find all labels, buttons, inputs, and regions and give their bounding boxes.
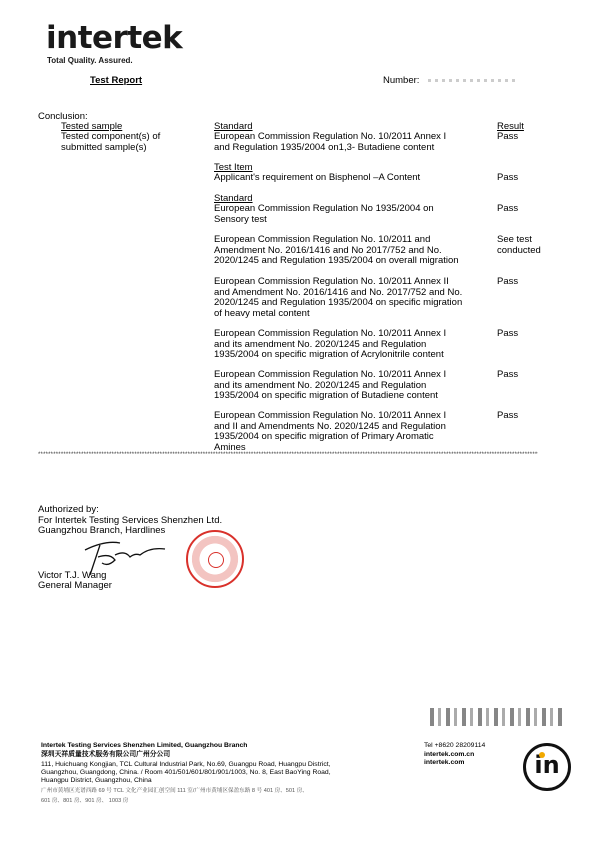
row1-text: Applicant's requirement on Bisphenol –A …	[214, 173, 464, 184]
footer-address-cn2: 601 房、801 房、901 房、 1003 房	[41, 797, 128, 805]
footer-tel: Tel +8620 28209114	[424, 742, 485, 751]
badge-text: in	[526, 750, 568, 780]
redacted-code-block	[430, 708, 565, 726]
row4-text: European Commission Regulation No. 10/20…	[214, 277, 464, 319]
document-title: Test Report	[90, 75, 142, 86]
row3-text: European Commission Regulation No. 10/20…	[214, 235, 469, 267]
row1-result: Pass	[497, 173, 518, 184]
separator-line: ****************************************…	[38, 451, 538, 459]
signer-title: General Manager	[38, 581, 112, 592]
row7-text: European Commission Regulation No. 10/20…	[214, 411, 459, 453]
authorized-by-label: Authorized by:	[38, 505, 99, 516]
report-number-redacted	[428, 79, 518, 82]
row5-text: European Commission Regulation No. 10/20…	[214, 329, 459, 361]
row5-result: Pass	[497, 329, 518, 340]
intertek-in-badge-icon: in	[523, 743, 571, 791]
report-number-label: Number:	[383, 75, 419, 86]
row0-result: Pass	[497, 132, 518, 143]
footer-company-cn: 深圳天祥质量技术服务有限公司广州分公司	[41, 751, 170, 760]
footer-address-cn1: 广州市黄埔区光谱西路 69 号 TCL 文化产业园汇创空间 111 室/广州市黄…	[41, 787, 308, 795]
logo-tagline: Total Quality. Assured.	[47, 56, 133, 65]
row7-result: Pass	[497, 411, 518, 422]
row6-text: European Commission Regulation No. 10/20…	[214, 370, 459, 402]
row4-result: Pass	[497, 277, 518, 288]
badge-dot-icon	[539, 752, 545, 758]
intertek-logo: intertek	[46, 20, 182, 56]
company-seal-stamp	[186, 530, 244, 588]
row6-result: Pass	[497, 370, 518, 381]
row2-text: European Commission Regulation No 1935/2…	[214, 204, 454, 225]
row2-result: Pass	[497, 204, 518, 215]
footer-website[interactable]: intertek.com	[424, 759, 464, 768]
row0-text: European Commission Regulation No. 10/20…	[214, 132, 464, 153]
row3-result: See test conducted	[497, 235, 557, 256]
footer-address-line3: Huangpu District, Guangzhou, China	[41, 777, 152, 786]
tested-sample-value: Tested component(s) of submitted sample(…	[61, 132, 191, 153]
footer-company-en: Intertek Testing Services Shenzhen Limit…	[41, 742, 247, 751]
